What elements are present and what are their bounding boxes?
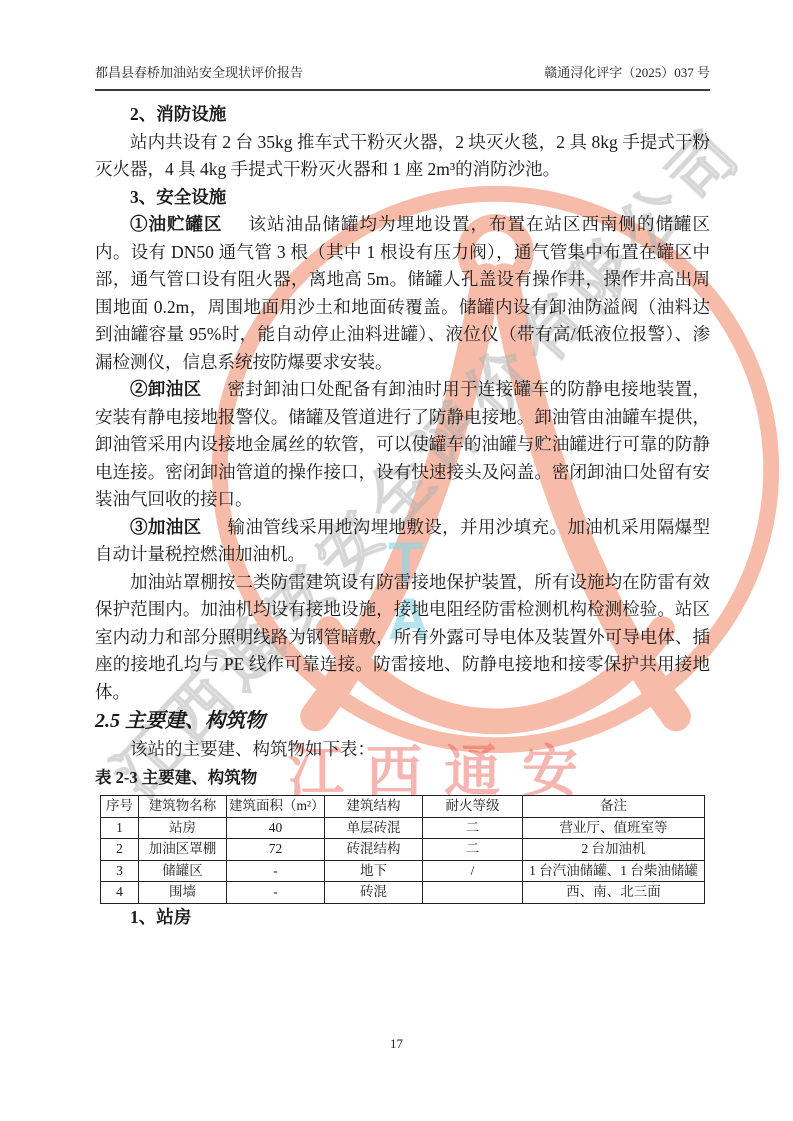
heading-fire-facilities: 2、消防设施 xyxy=(95,101,710,129)
cell-structure: 单层砖混 xyxy=(325,817,423,839)
header-doc-number: 赣通浔化评字（2025）037 号 xyxy=(544,62,710,81)
cell-remarks: 1 台汽油储罐、1 台柴油储罐 xyxy=(523,860,705,882)
col-header-seq: 序号 xyxy=(101,796,139,818)
col-header-structure: 建筑结构 xyxy=(325,796,423,818)
cell-fire-rating xyxy=(423,882,523,904)
paragraph-unloading-area: ②卸油区密封卸油口处配备有卸油时用于连接罐车的防静电接地装置，安装有静电接地报警… xyxy=(95,376,710,514)
heading-station-house: 1、站房 xyxy=(95,904,710,932)
cell-seq: 1 xyxy=(101,817,139,839)
cell-structure: 砖混结构 xyxy=(325,839,423,861)
cell-seq: 2 xyxy=(101,839,139,861)
paragraph-refueling-area: ③加油区输油管线采用地沟埋地敷设，并用沙填充。加油机采用隔爆型自动计量税控燃油加… xyxy=(95,514,710,569)
cell-area: 40 xyxy=(227,817,325,839)
document-body: 2、消防设施 站内共设有 2 台 35kg 推车式干粉灭火器，2 块灭火毯，2 … xyxy=(95,101,710,931)
paragraph-fire-equipment: 站内共设有 2 台 35kg 推车式干粉灭火器，2 块灭火毯，2 具 8kg 手… xyxy=(95,129,710,184)
table-caption: 表 2-3 主要建、构筑物 xyxy=(95,764,710,792)
cell-remarks: 营业厅、值班室等 xyxy=(523,817,705,839)
cell-name: 围墙 xyxy=(139,882,227,904)
cell-remarks: 2 台加油机 xyxy=(523,839,705,861)
cell-name: 站房 xyxy=(139,817,227,839)
document-page: T A 江西通安安全评价有限公司 江西通安 都昌县春桥加油站安全现状评价报告 赣… xyxy=(0,0,793,1121)
cell-name: 储罐区 xyxy=(139,860,227,882)
unloading-area-label: ②卸油区 xyxy=(130,379,202,399)
heading-safety-facilities: 3、安全设施 xyxy=(95,184,710,212)
cell-area: - xyxy=(227,860,325,882)
tank-area-label: ①油贮罐区 xyxy=(130,214,223,234)
cell-seq: 4 xyxy=(101,882,139,904)
paragraph-tank-area: ①油贮罐区该站油品储罐均为埋地设置，布置在站区西南侧的储罐区内。设有 DN50 … xyxy=(95,211,710,376)
table-row: 4 围墙 - 砖混 西、南、北三面 xyxy=(101,882,705,904)
cell-seq: 3 xyxy=(101,860,139,882)
col-header-fire-rating: 耐火等级 xyxy=(423,796,523,818)
page-number: 17 xyxy=(0,1036,793,1052)
col-header-area: 建筑面积（m²） xyxy=(227,796,325,818)
cell-name: 加油区罩棚 xyxy=(139,839,227,861)
table-row: 1 站房 40 单层砖混 二 营业厅、值班室等 xyxy=(101,817,705,839)
cell-structure: 砖混 xyxy=(325,882,423,904)
structures-table: 序号 建筑物名称 建筑面积（m²） 建筑结构 耐火等级 备注 1 站房 40 单… xyxy=(100,795,705,904)
tank-area-text: 该站油品储罐均为埋地设置，布置在站区西南侧的储罐区内。设有 DN50 通气管 3… xyxy=(95,214,710,372)
col-header-name: 建筑物名称 xyxy=(139,796,227,818)
cell-fire-rating: 二 xyxy=(423,839,523,861)
page-header: 都昌县春桥加油站安全现状评价报告 赣通浔化评字（2025）037 号 xyxy=(95,62,710,91)
cell-structure: 地下 xyxy=(325,860,423,882)
table-header-row: 序号 建筑物名称 建筑面积（m²） 建筑结构 耐火等级 备注 xyxy=(101,796,705,818)
cell-remarks: 西、南、北三面 xyxy=(523,882,705,904)
heading-main-structures: 2.5 主要建、构筑物 xyxy=(95,706,710,736)
col-header-remarks: 备注 xyxy=(523,796,705,818)
cell-fire-rating: / xyxy=(423,860,523,882)
refueling-area-label: ③加油区 xyxy=(130,517,202,537)
paragraph-lightning-protection: 加油站罩棚按二类防雷建筑设有防雷接地保护装置，所有设施均在防雷有效保护范围内。加… xyxy=(95,569,710,707)
cell-area: - xyxy=(227,882,325,904)
header-report-title: 都昌县春桥加油站安全现状评价报告 xyxy=(95,62,303,81)
table-intro-text: 该站的主要建、构筑物如下表： xyxy=(95,736,710,764)
table-row: 2 加油区罩棚 72 砖混结构 二 2 台加油机 xyxy=(101,839,705,861)
cell-fire-rating: 二 xyxy=(423,817,523,839)
cell-area: 72 xyxy=(227,839,325,861)
table-row: 3 储罐区 - 地下 / 1 台汽油储罐、1 台柴油储罐 xyxy=(101,860,705,882)
